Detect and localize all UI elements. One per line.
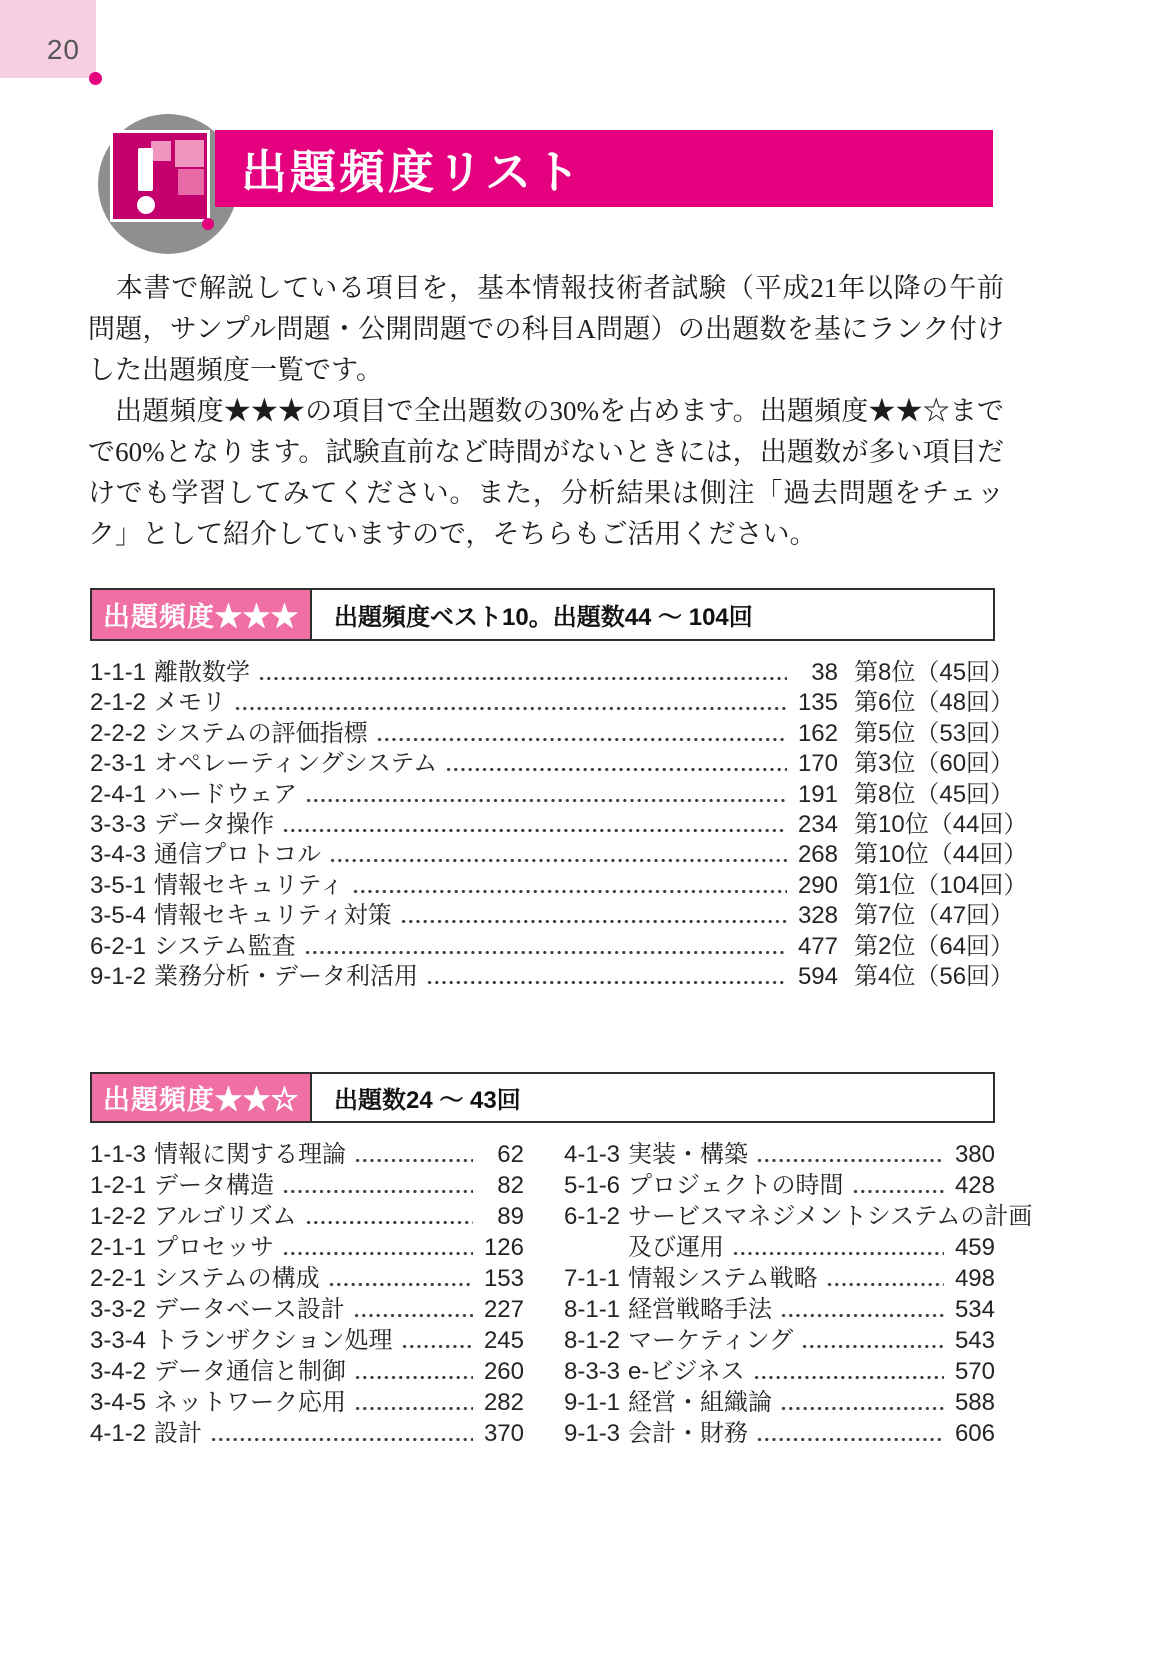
item-page-number: 153 <box>478 1263 524 1294</box>
list-item: 3-3-3 データ操作 234 第10位（44回） <box>90 810 1006 840</box>
pink-square-decoration <box>178 169 204 195</box>
chapter-banner: 出題頻度リスト <box>215 130 993 207</box>
item-page-number: 260 <box>478 1356 524 1387</box>
item-page-number: 38 <box>792 658 838 688</box>
item-page-number: 234 <box>792 810 838 840</box>
item-title: 経営戦略手法 <box>628 1294 772 1325</box>
item-code: 2-3-1 <box>90 749 154 779</box>
exclamation-bar <box>138 148 153 191</box>
list-item: 4-1-3 実装・構築 380 <box>564 1139 995 1170</box>
item-title: システム監査 <box>154 932 296 962</box>
item-title: アルゴリズム <box>154 1201 297 1232</box>
item-page-number: 498 <box>949 1263 995 1294</box>
list-item: 2-1-1 プロセッサ 126 <box>90 1232 524 1263</box>
item-rank: 第10位（44回） <box>854 810 1006 840</box>
pink-square-decoration <box>151 141 171 161</box>
dot-leader <box>756 1438 944 1441</box>
book-page: 20 出題頻度リスト 本書で解説している項目を，基本情報技術者試験（平成21年以… <box>0 0 1165 1654</box>
frequency-description: 出題頻度ベスト10。出題数44 ～ 104回 <box>312 590 993 639</box>
item-title: データベース設計 <box>154 1294 345 1325</box>
item-code: 2-1-2 <box>90 688 154 718</box>
item-page-number: 534 <box>949 1294 995 1325</box>
item-code: 6-1-2 <box>564 1201 628 1232</box>
dot-leader <box>801 1345 944 1348</box>
list-item: 9-1-1 経営・組織論 588 <box>564 1387 995 1418</box>
item-code: 9-1-2 <box>90 962 154 992</box>
list-item: 2-2-2 システムの評価指標 162 第5位（53回） <box>90 719 1006 749</box>
item-title: 通信プロトコル <box>154 840 321 870</box>
item-code: 8-1-2 <box>564 1325 628 1356</box>
item-title: 離散数学 <box>154 658 250 688</box>
list-item: 5-1-6 プロジェクトの時間 428 <box>564 1170 995 1201</box>
list-item: 3-4-2 データ通信と制御 260 <box>90 1356 524 1387</box>
item-page-number: 162 <box>792 719 838 749</box>
item-title: 情報セキュリティ <box>154 871 344 901</box>
item-page-number: 606 <box>949 1418 995 1449</box>
item-rank: 第5位（53回） <box>854 719 1006 749</box>
item-rank: 第8位（45回） <box>854 658 1006 688</box>
frequency-description: 出題数24 ～ 43回 <box>312 1074 993 1121</box>
item-page-number: 135 <box>792 688 838 718</box>
item-page-number: 428 <box>949 1170 995 1201</box>
item-title: マーケティング <box>628 1325 793 1356</box>
item-title: 業務分析・データ利活用 <box>154 962 418 992</box>
dot-leader <box>328 1283 473 1286</box>
dot-leader <box>756 1159 944 1162</box>
item-code: 3-4-5 <box>90 1387 154 1418</box>
item-page-number: 82 <box>478 1170 524 1201</box>
list-item: 2-4-1 ハードウェア 191 第8位（45回） <box>90 780 1006 810</box>
item-page-number: 477 <box>792 932 838 962</box>
item-page-number: 282 <box>478 1387 524 1418</box>
item-page-number: 594 <box>792 962 838 992</box>
item-code: 1-1-1 <box>90 658 154 688</box>
two-star-list-left: 1-1-3 情報に関する理論 62 1-2-1 データ構造 <box>90 1139 524 1449</box>
item-code: 3-5-4 <box>90 901 154 931</box>
list-item: 8-1-1 経営戦略手法 534 <box>564 1294 995 1325</box>
item-page-number: 459 <box>949 1232 995 1263</box>
item-page-number: 328 <box>792 901 838 931</box>
item-code: 2-2-1 <box>90 1263 154 1294</box>
item-title: 設計 <box>154 1418 202 1449</box>
item-page-number: 170 <box>792 749 838 779</box>
item-code: 4-1-2 <box>90 1418 154 1449</box>
dot-leader <box>780 1314 944 1317</box>
banner-dot-icon <box>202 218 214 230</box>
list-item: 1-2-1 データ構造 82 <box>90 1170 524 1201</box>
dot-leader <box>354 1376 473 1379</box>
item-title: 情報セキュリティ対策 <box>154 901 392 931</box>
item-title: システムの構成 <box>154 1263 320 1294</box>
item-page-number: 62 <box>478 1139 524 1170</box>
item-code: 3-3-3 <box>90 810 154 840</box>
item-title: 情報に関する理論 <box>154 1139 346 1170</box>
item-title: データ構造 <box>154 1170 274 1201</box>
list-item: 8-3-3 e-ビジネス 570 <box>564 1356 995 1387</box>
dot-leader <box>354 1407 473 1410</box>
item-code: 8-1-1 <box>564 1294 628 1325</box>
item-rank: 第3位（60回） <box>854 749 1006 779</box>
item-code: 1-2-2 <box>90 1201 154 1232</box>
dot-leader <box>282 1190 473 1193</box>
frequency-label: 出題頻度★★☆ <box>92 1074 312 1121</box>
item-title: システムの評価指標 <box>154 719 368 749</box>
item-page-number: 126 <box>478 1232 524 1263</box>
dot-leader <box>780 1407 944 1410</box>
item-title: オペレーティングシステム <box>154 749 437 779</box>
item-rank: 第4位（56回） <box>854 962 1006 992</box>
list-item: 6-1-2 サービスマネジメントシステムの計画 及び運用 459 <box>564 1201 995 1263</box>
dot-leader <box>282 829 787 832</box>
item-code: 2-2-2 <box>90 719 154 749</box>
dot-leader <box>826 1283 944 1286</box>
section-header-two-star: 出題頻度★★☆ 出題数24 ～ 43回 <box>90 1072 995 1123</box>
item-code: 3-5-1 <box>90 871 154 901</box>
list-item: 4-1-2 設計 370 <box>90 1418 524 1449</box>
item-title: 会計・財務 <box>628 1418 748 1449</box>
section-header-three-star: 出題頻度★★★ 出題頻度ベスト10。出題数44 ～ 104回 <box>90 588 995 641</box>
item-page-number: 227 <box>478 1294 524 1325</box>
item-title: 経営・組織論 <box>628 1387 772 1418</box>
item-rank: 第10位（44回） <box>854 840 1006 870</box>
item-code: 5-1-6 <box>564 1170 628 1201</box>
item-title: プロジェクトの時間 <box>628 1170 844 1201</box>
item-title: メモリ <box>154 688 226 718</box>
dot-leader <box>305 799 787 802</box>
dot-leader <box>376 738 787 741</box>
item-page-number: 191 <box>792 780 838 810</box>
item-code: 8-3-3 <box>564 1356 628 1387</box>
item-rank: 第1位（104回） <box>854 871 1006 901</box>
dot-leader <box>282 1252 473 1255</box>
list-item: 3-4-3 通信プロトコル 268 第10位（44回） <box>90 840 1006 870</box>
dot-leader <box>210 1438 473 1441</box>
dot-leader <box>329 859 787 862</box>
page-number: 20 <box>47 34 80 66</box>
dot-leader <box>352 890 787 893</box>
item-page-number: 370 <box>478 1418 524 1449</box>
dot-leader <box>445 768 787 771</box>
dot-leader <box>353 1314 473 1317</box>
list-item: 3-4-5 ネットワーク応用 282 <box>90 1387 524 1418</box>
item-title: e-ビジネス <box>628 1356 745 1387</box>
list-item: 7-1-1 情報システム戦略 498 <box>564 1263 995 1294</box>
list-item: 9-1-2 業務分析・データ利活用 594 第4位（56回） <box>90 962 1006 992</box>
item-code: 2-4-1 <box>90 780 154 810</box>
dot-leader <box>304 951 787 954</box>
dot-leader <box>852 1190 944 1193</box>
item-code: 7-1-1 <box>564 1263 628 1294</box>
item-page-number: 268 <box>792 840 838 870</box>
list-item: 2-3-1 オペレーティングシステム 170 第3位（60回） <box>90 749 1006 779</box>
intro-paragraph-1: 本書で解説している項目を，基本情報技術者試験（平成21年以降の午前問題，サンプル… <box>88 268 1004 391</box>
item-page-number: 290 <box>792 871 838 901</box>
page-title: 出題頻度リスト <box>215 136 583 202</box>
list-item: 1-1-1 離散数学 38 第8位（45回） <box>90 658 1006 688</box>
dot-leader <box>401 1345 473 1348</box>
list-item: 1-2-2 アルゴリズム 89 <box>90 1201 524 1232</box>
list-item: 3-3-4 トランザクション処理 245 <box>90 1325 524 1356</box>
list-item: 6-2-1 システム監査 477 第2位（64回） <box>90 932 1006 962</box>
dot-leader <box>234 707 787 710</box>
item-code: 9-1-1 <box>564 1387 628 1418</box>
item-rank: 第8位（45回） <box>854 780 1006 810</box>
dot-leader <box>753 1376 944 1379</box>
list-item: 8-1-2 マーケティング 543 <box>564 1325 995 1356</box>
two-star-list-right: 4-1-3 実装・構築 380 5-1-6 プロジェクトの時間 <box>564 1139 995 1449</box>
list-item: 3-3-2 データベース設計 227 <box>90 1294 524 1325</box>
item-code: 1-1-3 <box>90 1139 154 1170</box>
item-page-number: 245 <box>478 1325 524 1356</box>
item-title: データ操作 <box>154 810 274 840</box>
item-code: 1-2-1 <box>90 1170 154 1201</box>
item-code: 2-1-1 <box>90 1232 154 1263</box>
item-page-number: 543 <box>949 1325 995 1356</box>
dot-leader <box>354 1159 473 1162</box>
item-title: トランザクション処理 <box>154 1325 393 1356</box>
item-title: サービスマネジメントシステムの計画 <box>628 1201 1032 1232</box>
item-code: 3-4-2 <box>90 1356 154 1387</box>
pink-square-decoration <box>175 140 204 167</box>
item-code: 3-3-2 <box>90 1294 154 1325</box>
item-rank: 第2位（64回） <box>854 932 1006 962</box>
three-star-list: 1-1-1 離散数学 38 第8位（45回） 2-1-2 メモリ 135 第6位… <box>90 658 1006 992</box>
item-page-number: 588 <box>949 1387 995 1418</box>
exclamation-icon <box>110 130 210 222</box>
item-rank: 第6位（48回） <box>854 688 1006 718</box>
item-code: 6-2-1 <box>90 932 154 962</box>
list-item: 2-2-1 システムの構成 153 <box>90 1263 524 1294</box>
item-code: 4-1-3 <box>564 1139 628 1170</box>
item-title: データ通信と制御 <box>154 1356 346 1387</box>
item-rank: 第7位（47回） <box>854 901 1006 931</box>
item-code: 3-3-4 <box>90 1325 154 1356</box>
item-title-continued: 及び運用 <box>628 1232 724 1263</box>
list-item: 1-1-3 情報に関する理論 62 <box>90 1139 524 1170</box>
intro-text: 本書で解説している項目を，基本情報技術者試験（平成21年以降の午前問題，サンプル… <box>88 268 1004 555</box>
item-title: ハードウェア <box>154 780 297 810</box>
list-item: 3-5-4 情報セキュリティ対策 328 第7位（47回） <box>90 901 1006 931</box>
item-title: 実装・構築 <box>628 1139 748 1170</box>
item-page-number: 570 <box>949 1356 995 1387</box>
dot-leader <box>400 920 787 923</box>
item-code: 3-4-3 <box>90 840 154 870</box>
list-item: 9-1-3 会計・財務 606 <box>564 1418 995 1449</box>
item-title: 情報システム戦略 <box>628 1263 818 1294</box>
frequency-label: 出題頻度★★★ <box>92 590 312 639</box>
list-item: 3-5-1 情報セキュリティ 290 第1位（104回） <box>90 871 1006 901</box>
dot-leader <box>305 1221 473 1224</box>
dot-leader <box>258 677 787 680</box>
intro-paragraph-2: 出題頻度★★★の項目で全出題数の30%を占めます。出題頻度★★☆までで60%とな… <box>88 391 1004 555</box>
item-title: ネットワーク応用 <box>154 1387 346 1418</box>
page-number-box: 20 <box>0 0 96 78</box>
corner-dot-icon <box>89 72 102 85</box>
dot-leader <box>732 1252 944 1255</box>
item-code: 9-1-3 <box>564 1418 628 1449</box>
item-page-number: 89 <box>478 1201 524 1232</box>
list-item: 2-1-2 メモリ 135 第6位（48回） <box>90 688 1006 718</box>
dot-leader <box>426 981 787 984</box>
item-title: プロセッサ <box>154 1232 274 1263</box>
exclamation-dot <box>137 196 155 214</box>
item-page-number: 380 <box>949 1139 995 1170</box>
